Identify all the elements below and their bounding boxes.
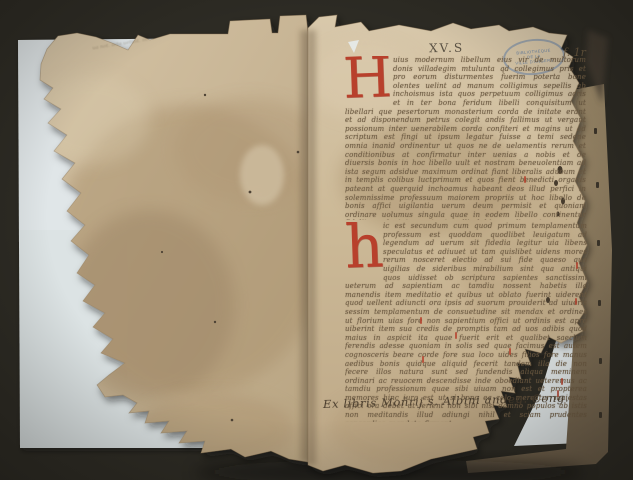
rubric-mark-icon xyxy=(561,378,563,385)
drop-cap-initial-2: h xyxy=(345,222,380,275)
rubric-mark-icon xyxy=(455,332,457,339)
rubric-mark-icon xyxy=(524,176,526,183)
paragraph-1: Huius modernum libellum eius vir de mult… xyxy=(345,56,586,220)
manuscript-photo: ua not. scta uetust. m. XV.S BIBLIOTHEQU… xyxy=(0,0,633,480)
rubric-mark-icon xyxy=(422,356,424,363)
rubric-mark-icon xyxy=(509,348,511,355)
rubric-mark-icon xyxy=(420,317,422,324)
rubric-mark-icon xyxy=(576,262,578,269)
rubric-mark-icon xyxy=(575,298,577,305)
century-mark: XV.S xyxy=(429,41,464,56)
drop-cap-initial-1: H xyxy=(345,56,390,100)
